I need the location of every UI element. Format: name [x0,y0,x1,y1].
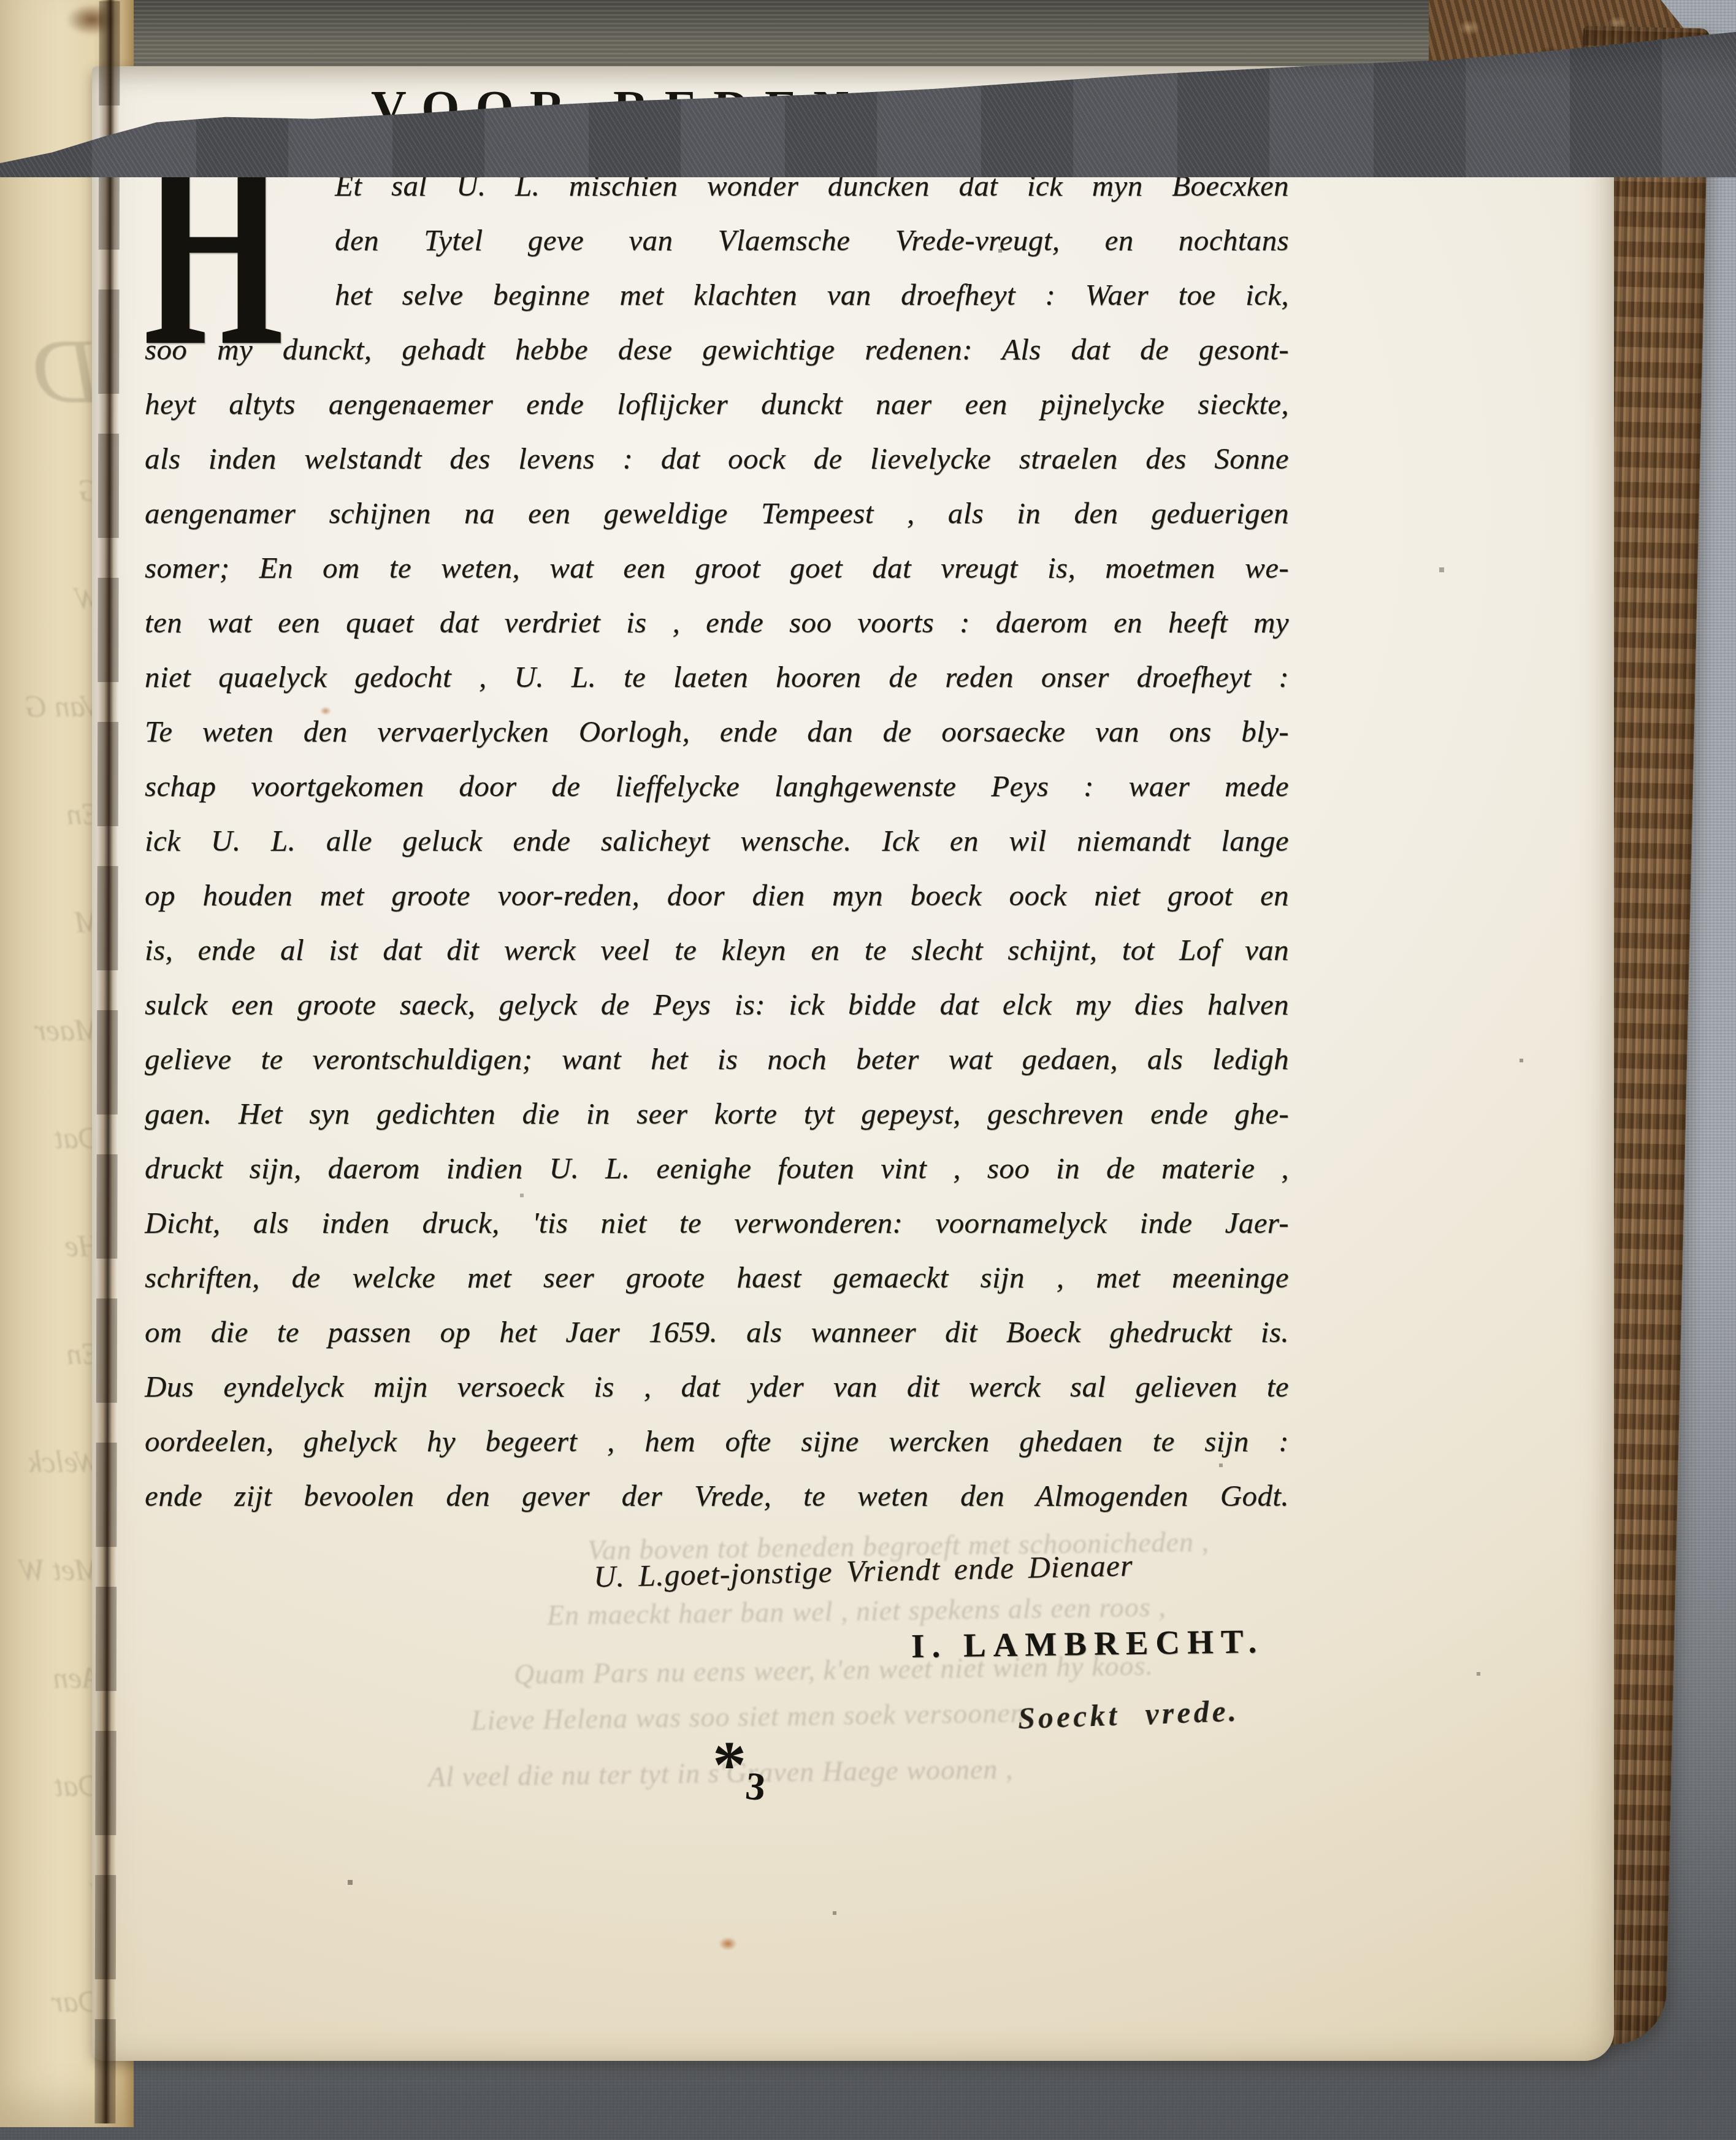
gutter-fragment: Van G [9,688,101,796]
body-text-line: schriften, de welcke met seer groote hae… [145,1250,1289,1305]
body-text-line: aengenamer schijnen na een geweldige Tem… [145,486,1289,540]
body-text-line: niet quaelyck gedocht , U. L. te laeten … [145,650,1289,704]
rust-stain [320,707,331,715]
body-text-line: op houden met groote voor-reden, door di… [145,868,1289,922]
body-text-line: om die te passen op het Jaer 1659. als w… [145,1305,1289,1359]
gutter-fragment: M [9,904,101,1012]
preface-body-text: Et sal U. L. mischien wonder duncken dat… [145,158,1289,1523]
gutter-fragment: Welck [9,1444,101,1552]
body-text-line: gelieve te verontschuldigen; want het is… [145,1032,1289,1086]
body-text-line: ick U. L. alle geluck ende salicheyt wen… [145,813,1289,868]
body-text-line: den Tytel geve van Vlaemsche Vrede-vreug… [335,213,1289,267]
book-gutter-crease [94,0,120,2123]
photo-of-old-book-page: { "page": { "title": { "caps1": "VOOR-RE… [0,0,1736,2140]
body-text-line: Dus eyndelyck mijn versoeck is , dat yde… [145,1359,1289,1414]
gutter-fragment: G [9,472,101,580]
body-text-line: is, ende al ist dat dit werck veel te kl… [145,922,1289,977]
signature-mark-asterisk: * [713,1731,746,1798]
body-text-line: het selve beginne met klachten van droef… [335,267,1289,322]
gutter-fragment: Met W [9,1552,101,1660]
rust-stain [719,1937,737,1950]
gutter-fragment: W [9,580,101,688]
body-text-line: gaen. Het syn gedichten die in seer kort… [145,1086,1289,1141]
gutter-fragment: Dat [9,1120,101,1228]
body-text-line: schap voortgekomen door de lieffelycke l… [145,759,1289,813]
body-text-line: druckt sijn, daerom indien U. L. eenighe… [145,1141,1289,1195]
book-page: VOOR-REDEN aen den LESER. H Et sal U. L.… [92,66,1614,2061]
body-text-line: oordeelen, ghelyck hy begeert , hem ofte… [145,1414,1289,1468]
gutter-fragment: Dar [9,1984,101,2092]
body-text-line: ten wat een quaet dat verdriet is , ende… [145,595,1289,650]
author-motto: Soeckt vrede. [1017,1693,1240,1736]
book-top-edge-shadow [91,0,1526,76]
gutter-fragment: He [9,1228,101,1336]
body-text-line: als inden welstandt des levens : dat ooc… [145,431,1289,486]
body-text-line: somer; En om te weten, wat een groot goe… [145,540,1289,595]
gutter-fragment: En [9,796,101,904]
closing-salutation: U. L.goet-jonstige Vriendt ende Dienaer [593,1547,1133,1594]
body-text-line: soo my dunckt, gehadt hebbe dese gewicht… [145,322,1289,377]
signature-mark-numeral: 3 [743,1763,768,1811]
gutter-fragment: Dat [9,1768,101,1876]
body-text-line: heyt altyts aengenaemer ende loflijcker … [145,377,1289,431]
gutter-fragment: Aen [9,1660,101,1768]
body-text-line: sulck een groote saeck, gelyck de Peys i… [145,977,1289,1032]
gutter-fragment: I [9,1876,101,1984]
body-text-line: Dicht, als inden druck, 'tis niet te ver… [145,1195,1289,1250]
body-text-line: Te weten den vervaerlycken Oorlogh, ende… [145,704,1289,759]
gutter-fragment: D [9,319,101,472]
gutter-ghost-text: DGWVan GEnMMaerDatHeEnWelckMet WAenDatID… [9,319,101,2092]
body-text-line: ende zijt bevoolen den gever der Vrede, … [145,1468,1289,1523]
bleedthrough-line: Lieve Helena was soo siet men soek verso… [471,1697,1025,1737]
author-signature: I. LAMBRECHT. [911,1622,1264,1665]
paper-specks [92,66,93,67]
gutter-fragment: Maer [9,1012,101,1120]
gutter-fragment: En [9,1336,101,1444]
